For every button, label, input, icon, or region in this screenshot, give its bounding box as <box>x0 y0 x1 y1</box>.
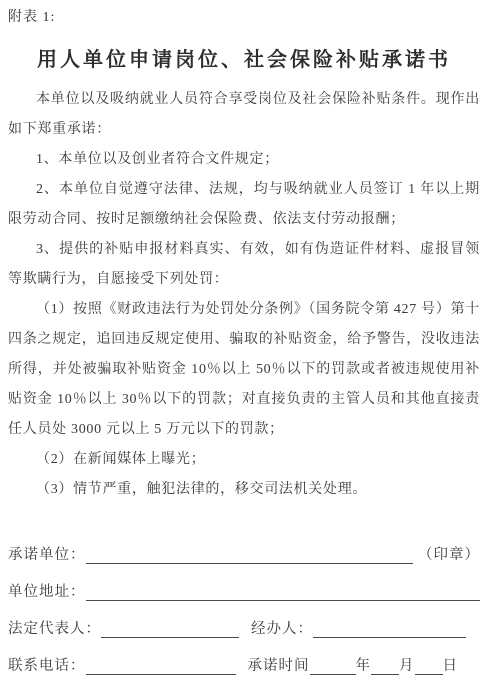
document-body: 本单位以及吸纳就业人员符合享受岗位及社会保险补贴条件。现作出如下郑重承诺： 1、… <box>8 85 480 505</box>
commit-date-label: 承诺时间 <box>248 654 310 675</box>
seal-label: （印章） <box>418 543 480 564</box>
unit-label: 承诺单位： <box>8 543 86 564</box>
document-page: 附表 1: 用人单位申请岗位、社会保险补贴承诺书 本单位以及吸纳就业人员符合享受… <box>0 0 490 697</box>
clause-2: 2、本单位自觉遵守法律、法规，均与吸纳就业人员签订 1 年以上期限劳动合同、按时… <box>8 175 480 235</box>
address-row: 单位地址： <box>8 579 480 601</box>
year-blank[interactable] <box>310 654 356 675</box>
day-label: 日 <box>443 654 459 675</box>
address-label: 单位地址： <box>8 580 86 601</box>
address-blank[interactable] <box>86 580 481 601</box>
signature-section: 承诺单位： （印章） 单位地址： 法定代表人： 经办人： 联系电话： 承诺时间 … <box>8 542 480 675</box>
penalty-item-2: （2）在新闻媒体上曝光； <box>8 445 480 475</box>
handler-blank[interactable] <box>313 617 466 638</box>
penalty-item-1: （1）按照《财政违法行为处罚处分条例》（国务院令第 427 号）第十四条之规定，… <box>8 295 480 445</box>
clause-3: 3、提供的补贴申报材料真实、有效，如有伪造证件材料、虚报冒领等欺瞒行为，自愿接受… <box>8 235 480 295</box>
intro-paragraph: 本单位以及吸纳就业人员符合享受岗位及社会保险补贴条件。现作出如下郑重承诺： <box>8 85 480 145</box>
phone-blank[interactable] <box>86 654 236 675</box>
unit-row: 承诺单位： （印章） <box>8 542 480 564</box>
year-label: 年 <box>356 654 372 675</box>
day-blank[interactable] <box>415 654 443 675</box>
phone-label: 联系电话： <box>8 654 86 675</box>
clause-1: 1、本单位以及创业者符合文件规定； <box>8 145 480 175</box>
representative-row: 法定代表人： 经办人： <box>8 616 466 638</box>
legal-rep-blank[interactable] <box>101 617 239 638</box>
attachment-label: 附表 1: <box>8 6 480 26</box>
legal-rep-label: 法定代表人： <box>8 617 101 638</box>
penalty-item-3: （3）情节严重，触犯法律的，移交司法机关处理。 <box>8 475 480 505</box>
handler-label: 经办人： <box>251 617 313 638</box>
month-label: 月 <box>399 654 415 675</box>
unit-name-blank[interactable] <box>86 543 414 564</box>
month-blank[interactable] <box>371 654 399 675</box>
phone-date-row: 联系电话： 承诺时间 年 月 日 <box>8 653 454 675</box>
document-title: 用人单位申请岗位、社会保险补贴承诺书 <box>8 43 480 72</box>
